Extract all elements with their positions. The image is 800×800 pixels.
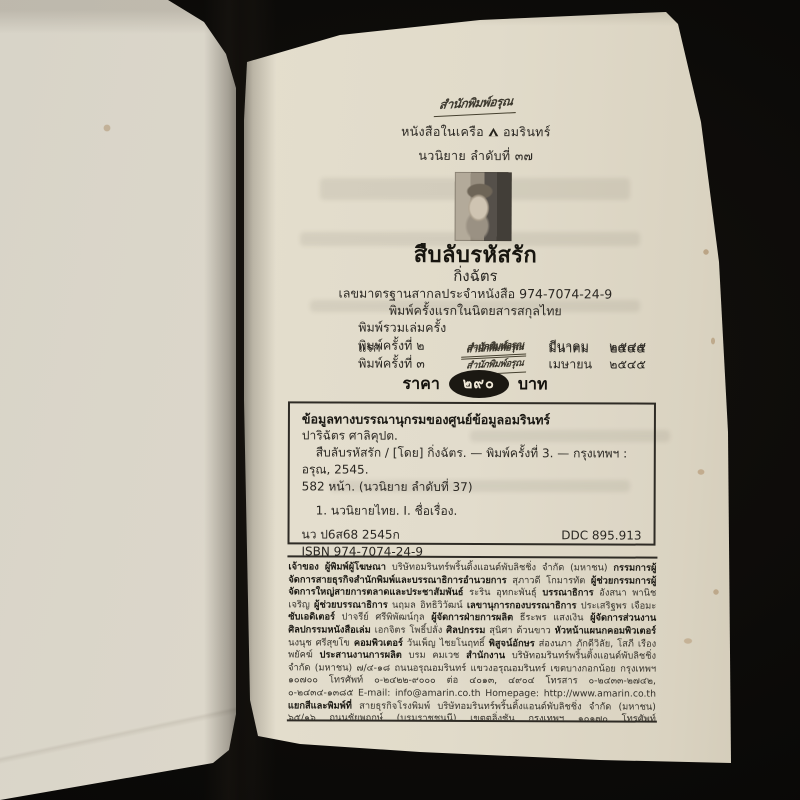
cip-header: ข้อมูลทางบรรณานุกรมของศูนย์ข้อมูลอมรินทร… <box>302 410 642 428</box>
cip-pages-line: 582 หน้า. (นวนิยาย ลำดับที่ 37) <box>302 478 642 496</box>
title-page-content: สำนักพิมพ์อรุณ หนังสือในเครืออมรินทร์ นว… <box>285 0 666 800</box>
cip-ddc-number: DDC 895.913 <box>561 527 641 544</box>
series-prefix: หนังสือในเครือ <box>401 124 484 139</box>
cip-call-number: นว ป6ส68 2545ก <box>301 526 399 543</box>
book-gutter-shadow <box>204 0 276 800</box>
cip-subject-line: 1. นวนิยายไทย. I. ชื่อเรื่อง. <box>302 502 642 520</box>
cip-author-line: ปาริฉัตร ศาลิคุปต. <box>302 427 642 445</box>
series-number-line: นวนิยาย ลำดับที่ ๓๗ <box>287 145 665 166</box>
colophon-publisher-credits: เจ้าของ ผู้พิมพ์ผู้โฆษณา บริษัทอมรินทร์พ… <box>287 555 658 722</box>
cataloging-in-publication-box: ข้อมูลทางบรรณานุกรมของศูนย์ข้อมูลอมรินทร… <box>287 401 655 545</box>
price-label: ราคา <box>403 371 440 396</box>
photo-of-open-book: สำนักพิมพ์อรุณ หนังสือในเครืออมรินทร์ นว… <box>0 0 800 800</box>
cip-callnumber-row: นว ป6ส68 2545ก DDC 895.913 <box>301 526 641 544</box>
price-amount-badge: ๒๙๐ <box>449 370 509 398</box>
cip-entry-line: สืบลับรหัสรัก / [โดย] กิ่งฉัตร. — พิมพ์ค… <box>302 444 642 479</box>
series-publisher: อมรินทร์ <box>503 124 551 139</box>
price-unit: บาท <box>518 372 548 397</box>
price-line: ราคา ๒๙๐ บาท <box>286 369 664 398</box>
author-portrait-photo <box>455 172 512 241</box>
series-line: หนังสือในเครืออมรินทร์ <box>287 121 665 142</box>
arun-signature-logo: สำนักพิมพ์อรุณ <box>434 92 518 117</box>
amarin-triangle-icon <box>488 125 499 140</box>
publisher-script-logo: สำนักพิมพ์อรุณ <box>287 91 665 115</box>
